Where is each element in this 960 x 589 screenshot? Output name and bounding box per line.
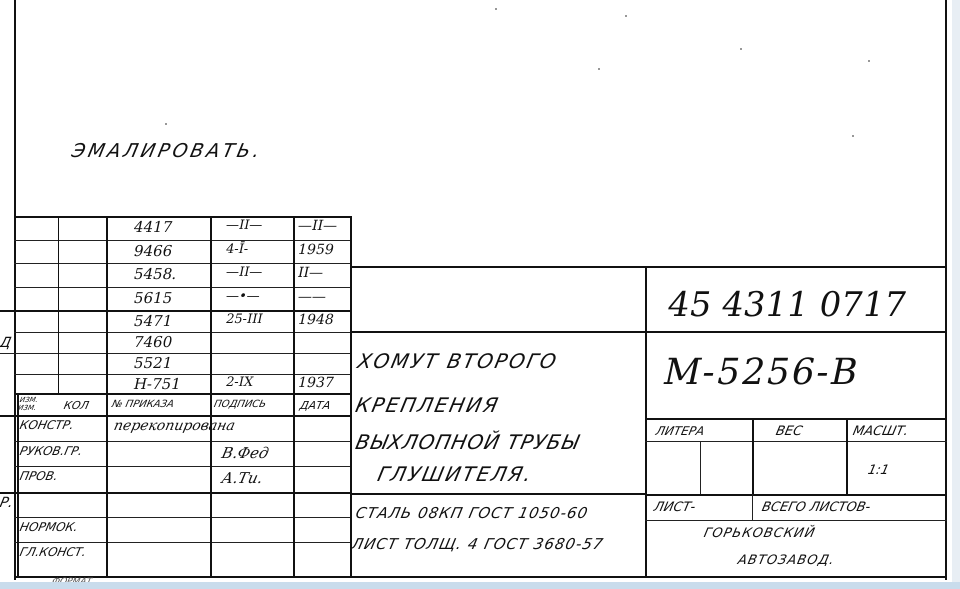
row-divider: [14, 263, 352, 264]
approval-role: ПРОВ.: [19, 469, 60, 483]
weight-label: ВЕС: [774, 424, 803, 439]
organization-line: ГОРЬКОВСКИЙ: [702, 526, 817, 541]
approval-role: КОНСТР.: [19, 418, 76, 432]
frame-bottom-border: [14, 576, 947, 578]
drawing-sheet: ЭМАЛИРОВАТЬ. Д Р. 4417—II——II—94664-Ī-19…: [0, 0, 960, 589]
col-divider: [350, 216, 352, 576]
row-divider: [14, 542, 352, 543]
revision-order-no: 5615: [132, 289, 174, 307]
title-block-top: [350, 266, 947, 268]
part-name-line: ВЫХЛОПНОЙ ТРУБЫ: [353, 430, 581, 454]
catalog-drawing-divider: [350, 331, 947, 333]
header-change: ИЗМ. ИЗМ.: [17, 396, 56, 412]
revision-date: 1948: [296, 312, 335, 328]
sheet-total-divider: [752, 494, 753, 520]
title-block-divider: [645, 266, 647, 578]
material-line: СТАЛЬ 08КП ГОСТ 1050-60: [354, 504, 590, 522]
window-right-edge: [952, 0, 960, 589]
revision-order-no: 4417: [132, 218, 174, 236]
litera-sub-divider: [700, 441, 701, 495]
revision-signature: 2-IX: [224, 375, 254, 390]
sheet-label: ЛИСТ-: [652, 500, 696, 515]
row-divider: [14, 441, 352, 442]
organization-line: АВТОЗАВОД.: [736, 553, 836, 568]
row-divider: [14, 332, 352, 333]
header-order-no: № ПРИКАЗА: [111, 399, 175, 410]
material-line: ЛИСТ ТОЛЩ. 4 ГОСТ 3680-57: [350, 535, 605, 553]
revision-date: —II—: [296, 218, 338, 234]
revision-date: 1959: [296, 242, 335, 258]
col-divider: [293, 216, 295, 576]
revision-order-no: 7460: [132, 333, 174, 351]
revision-signature: —II—: [224, 265, 263, 280]
row-divider: [14, 240, 352, 241]
drawing-litera-divider: [645, 418, 947, 420]
scale-value: 1:1: [866, 463, 890, 478]
row-divider: [0, 492, 352, 494]
col-divider: [106, 216, 108, 576]
part-name-line: ГЛУШИТЕЛЯ.: [375, 462, 535, 486]
scale-label: МАСШТ.: [851, 424, 909, 439]
name-material-divider: [350, 493, 646, 495]
row-divider: [0, 353, 352, 354]
col-divider: [210, 216, 212, 576]
revision-signature: 25-III: [224, 312, 264, 327]
row-divider: [14, 287, 352, 288]
revision-signature: —II—: [224, 218, 263, 233]
scan-speck: [852, 135, 854, 137]
revision-order-no: 5458.: [132, 265, 179, 283]
general-note: ЭМАЛИРОВАТЬ.: [70, 140, 265, 162]
litera-weight-divider: [752, 418, 754, 495]
revision-signature: 4-Ī-: [224, 242, 249, 257]
revision-date: 1937: [296, 375, 335, 391]
approval-signature: В.Фед: [220, 444, 270, 462]
frame-right-border: [945, 0, 947, 580]
row-divider: [14, 393, 352, 395]
header-signature: ПОДПИСЬ: [213, 399, 267, 410]
col-divider: [58, 216, 59, 393]
scan-speck: [495, 8, 497, 10]
revision-date: ——: [296, 289, 327, 305]
revision-order-no: 9466: [132, 242, 174, 260]
row-divider: [14, 466, 352, 467]
revision-order-no: Н-751: [132, 375, 183, 393]
part-name-line: ХОМУТ ВТОРОГО: [355, 349, 560, 373]
window-bottom-edge: [0, 582, 960, 589]
header-date: ДАТА: [299, 399, 332, 412]
litera-label: ЛИТЕРА: [655, 424, 706, 438]
revision-order-no: 5471: [132, 312, 174, 330]
revision-date: II—: [296, 265, 324, 281]
col-divider: [17, 393, 19, 576]
approval-role: ГЛ.КОНСТ.: [19, 545, 88, 559]
sheet-divider: [645, 494, 947, 496]
scan-speck: [625, 15, 627, 17]
sheet-org-divider: [645, 520, 947, 521]
approval-name: перекопирована: [112, 418, 236, 434]
row-divider: [0, 415, 352, 417]
approval-role: НОРМОК.: [19, 520, 80, 534]
approval-signature: А.Ти.: [220, 469, 264, 487]
revision-signature: —•—: [224, 289, 261, 304]
margin-mark: Р.: [0, 495, 15, 511]
weight-scale-divider: [846, 418, 848, 495]
revision-order-no: 5521: [132, 354, 174, 372]
drawing-number: М-5256-В: [660, 352, 864, 393]
catalog-number: 45 4311 0717: [664, 285, 909, 325]
scan-speck: [740, 48, 742, 50]
scan-speck: [868, 60, 870, 62]
approval-role: РУКОВ.ГР.: [19, 444, 84, 458]
total-sheets-label: ВСЕГО ЛИСТОВ-: [760, 500, 871, 515]
part-name-line: КРЕПЛЕНИЯ: [353, 393, 502, 417]
row-divider: [14, 517, 352, 518]
scan-speck: [165, 123, 167, 125]
margin-mark: Д: [0, 335, 13, 351]
scan-speck: [598, 68, 600, 70]
litera-header-divider: [645, 441, 947, 442]
header-qty: КОЛ: [63, 399, 91, 412]
